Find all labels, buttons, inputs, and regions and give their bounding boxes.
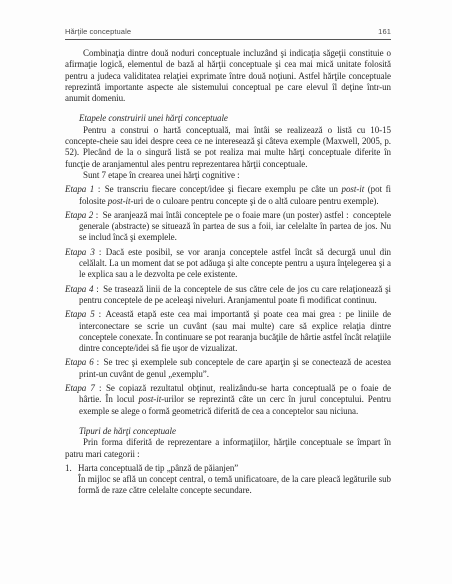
running-header-title: Hărţile conceptuale xyxy=(65,27,131,36)
page-number: 161 xyxy=(378,27,391,36)
stages-paragraph: Pentru a construi o hartă conceptuală, m… xyxy=(65,125,391,170)
list-item-description: În mijloc se află un concept central, o … xyxy=(78,474,391,497)
step-paragraph-4: Etapa 4 : Se trasează linii de la concep… xyxy=(65,284,391,307)
step-paragraph-7: Etapa 7 : Se copiază rezultatul obţinut,… xyxy=(65,383,391,417)
list-item-number: 1. xyxy=(65,463,78,497)
intro-paragraph: Combinaţia dintre două noduri conceptual… xyxy=(65,48,391,104)
types-paragraph: Prin forma diferită de reprezentare a in… xyxy=(65,437,391,460)
step-paragraph-1: Etapa 1 : Se transcriu fiecare concept/i… xyxy=(65,184,391,207)
list-item-body: Harta conceptuală de tip „pânză de păian… xyxy=(78,463,391,497)
step-paragraph-5: Etapa 5 : Această etapă este cea mai imp… xyxy=(65,309,391,354)
book-page: Hărţile conceptuale 161 Combinaţia dintr… xyxy=(0,0,452,584)
section-heading-types: Tipuri de hărţi conceptuale xyxy=(65,426,391,437)
list-item-title: Harta conceptuală de tip „pânză de păian… xyxy=(78,463,391,474)
step-paragraph-2: Etapa 2 : Se aranjează mai întâi concept… xyxy=(65,210,391,244)
list-item: 1. Harta conceptuală de tip „pânză de pă… xyxy=(65,463,391,497)
running-header: Hărţile conceptuale 161 xyxy=(65,27,391,40)
step-paragraph-6: Etapa 6 : Se trec şi exemplele sub conce… xyxy=(65,357,391,380)
stages-lead-in: Sunt 7 etape în crearea unei hărţi cogni… xyxy=(65,170,391,181)
section-heading-stages: Etapele construirii unei hărţi conceptua… xyxy=(65,113,391,124)
step-paragraph-3: Etapa 3 : Dacă este posibil, se vor aran… xyxy=(65,247,391,281)
